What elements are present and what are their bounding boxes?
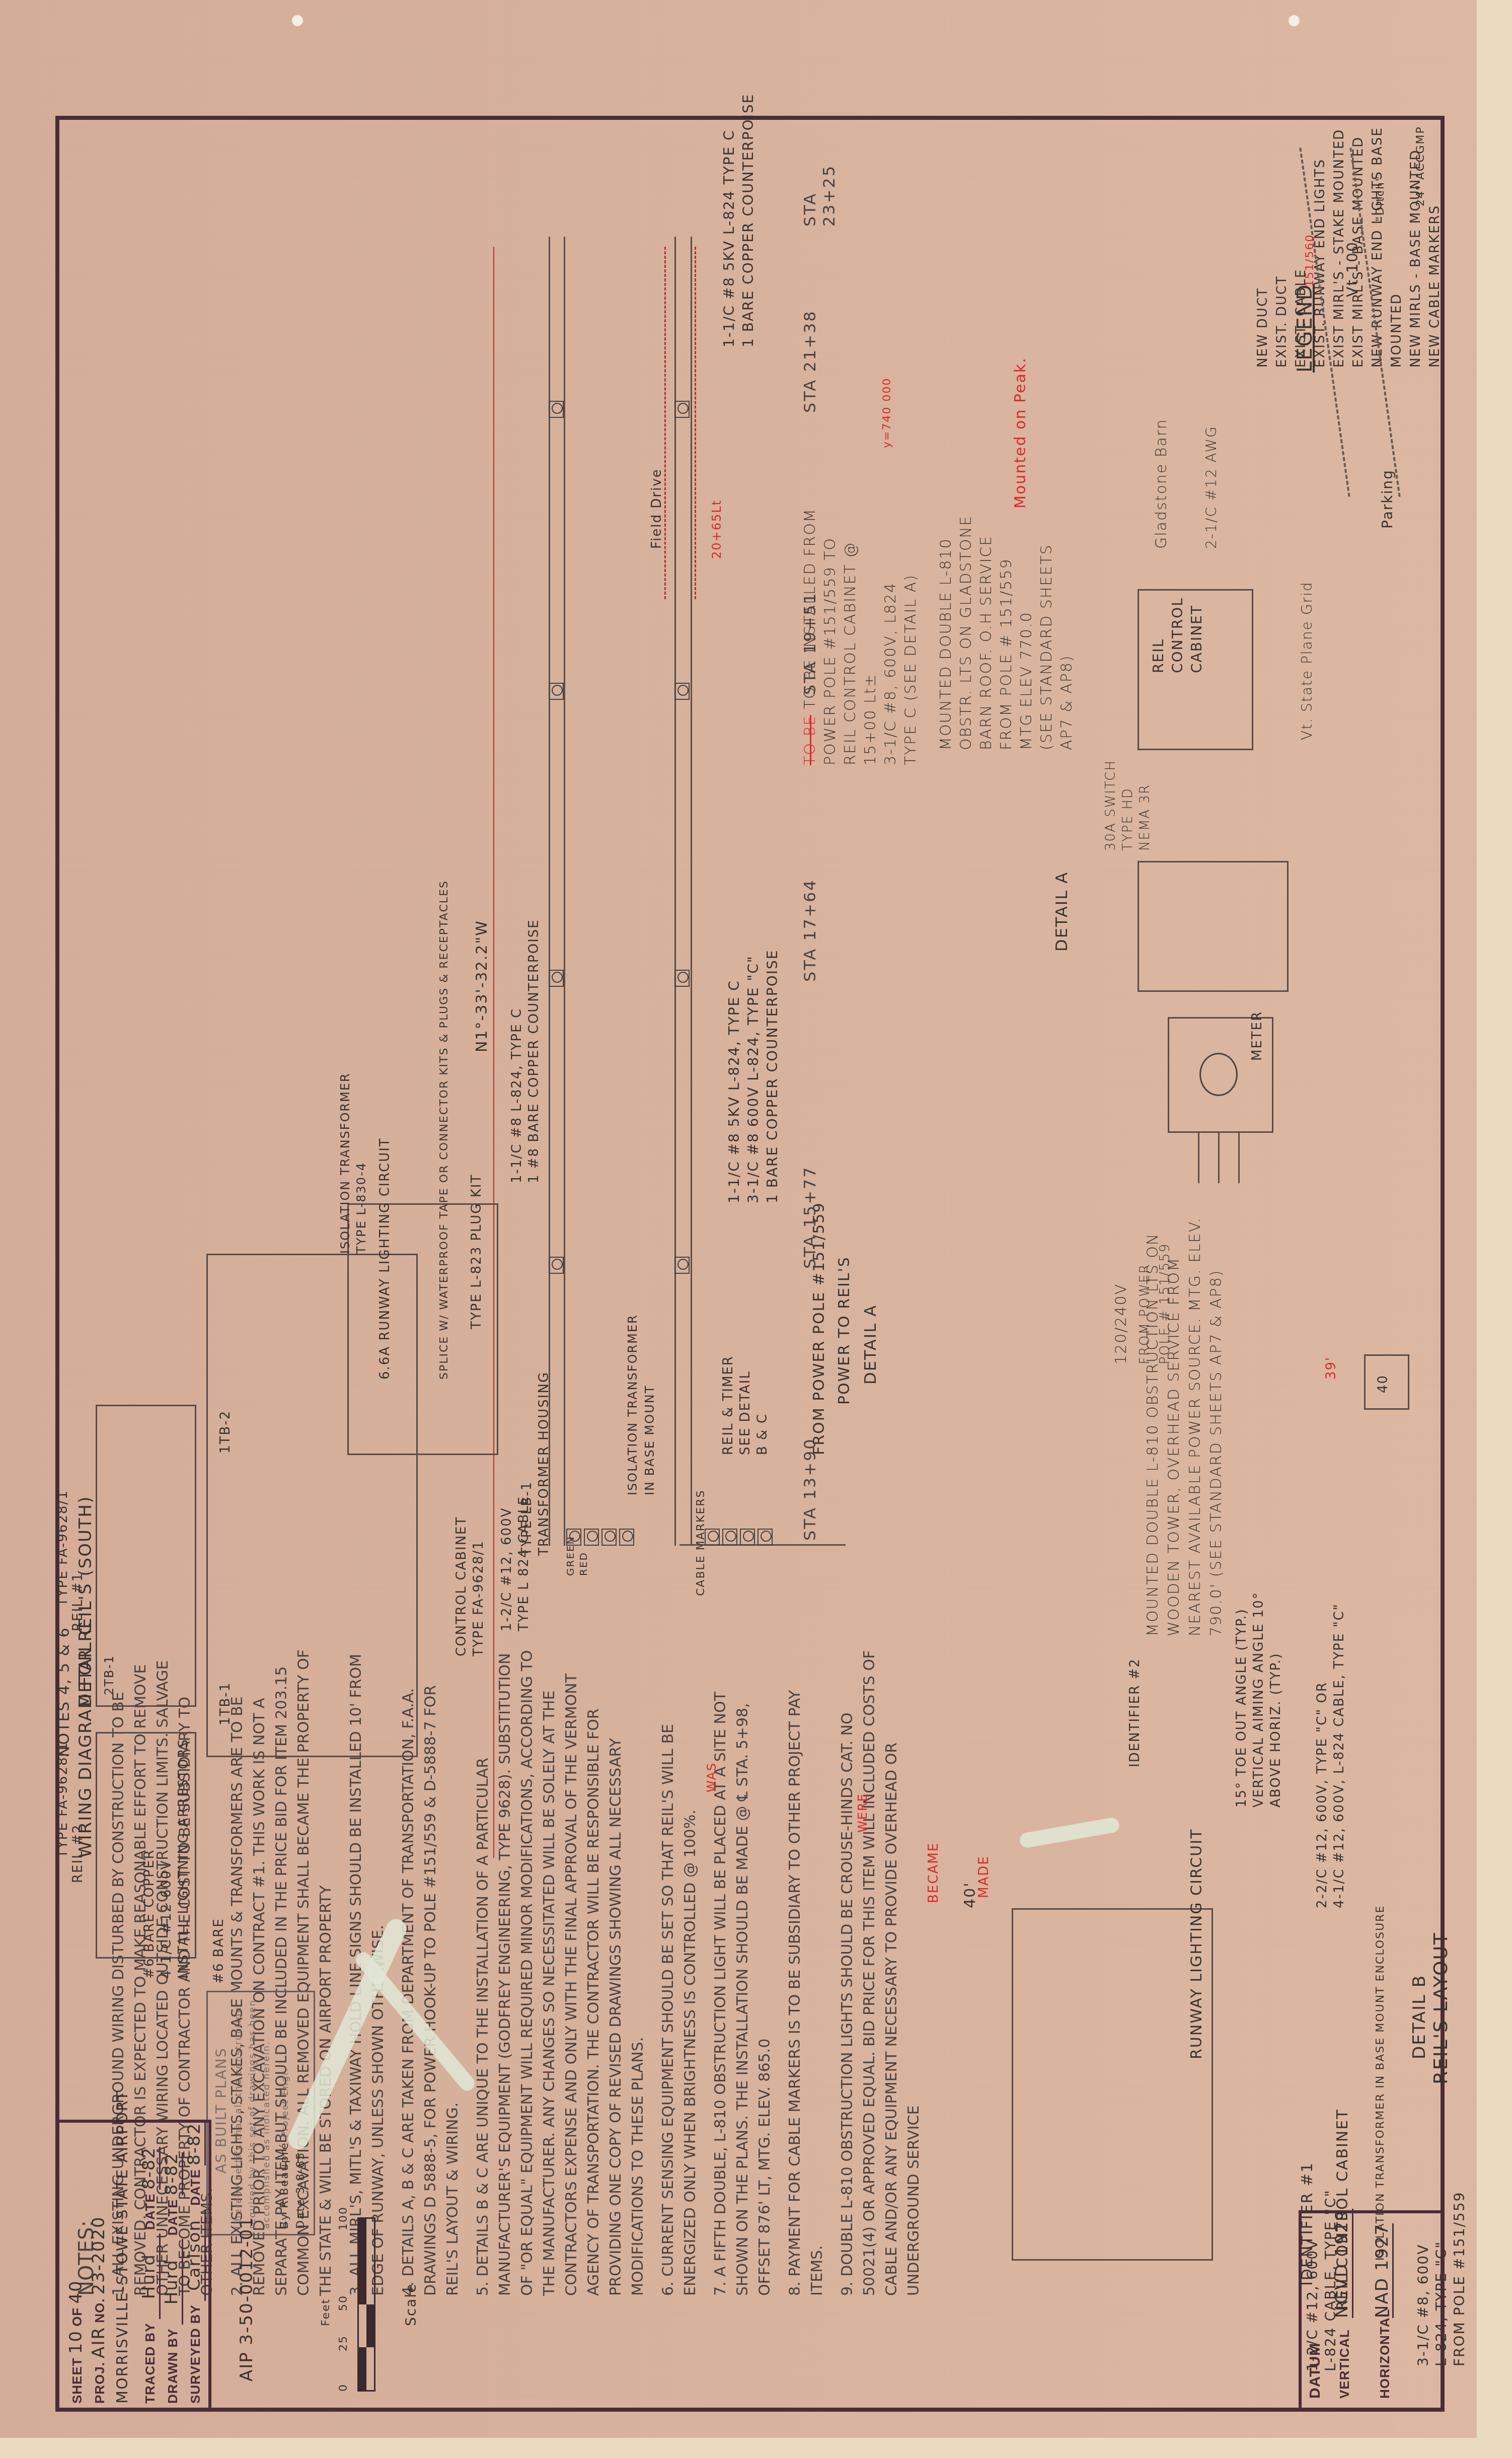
detail-b-title: DETAIL B (1409, 1975, 1429, 2059)
switch-label: 30A SWITCHTYPE HDNEMA 3R (1102, 760, 1154, 851)
detail-c-subtitle: WIRING DIAGRAM FOR REIL'S (SOUTH) (75, 1496, 96, 1858)
scale-bar (357, 2217, 375, 2392)
paper-edge-right (1477, 0, 1512, 2458)
tower-offset-dim: 39' (1324, 1356, 1339, 1380)
cable-run-east: 1-1/C #8 5KV L-824 TYPE C1 BARE COPPER C… (720, 94, 758, 347)
cable-run-south: 1-1/C #8 L-824, TYPE C1 #8 BARE COPPER C… (508, 919, 543, 1183)
scale-unit: Feet (320, 2298, 332, 2326)
station-label: STA 21+38 (800, 310, 819, 413)
runway-bearing: N1°-33'-32.2"W (473, 920, 491, 1052)
runway-edge-line-south (564, 237, 565, 1546)
cable-run-north: 1-1/C #8 5KV L-824, TYPE C3-1/C #8 600V … (725, 950, 782, 1203)
station-label: STA 17+64 (800, 879, 819, 982)
reil-1-box: 2TB-1 (96, 1405, 196, 1707)
note-9: 9. DOUBLE L-810 OBSTRUCTION LIGHTS SHOUL… (837, 1641, 925, 2296)
note-5: 5. DETAILS B & C ARE UNIQUE TO THE INSTA… (472, 1641, 649, 2296)
culvert-label: 24" ACCGMP (1414, 126, 1427, 206)
detail-c-cable: 1-2/C #12, 600VTYPE L 824 CABLE (498, 1496, 533, 1631)
drawing-sheet: DATUM VERTICAL NGVD 1929 HORIZONTAL NAD … (0, 0, 1512, 2458)
legend-item: EXIST. DUCT (1272, 116, 1292, 368)
pole-label: 151/560 (1304, 234, 1316, 287)
detail-b-cable-a: 1-2/C #12, 600VL-824 CABLE, TYPE "C" (1304, 2189, 1340, 2371)
green-red-label: GREENRED (564, 1536, 590, 1576)
scale-tick: 100 (337, 2206, 350, 2230)
mirl-light-icon (549, 1257, 564, 1274)
runway-edge-line-north (674, 237, 676, 1546)
field-drive-station: 20+65Lt (710, 499, 724, 559)
gladstone-barn: Gladstone Barn (1153, 418, 1170, 549)
service-wire (1238, 1133, 1240, 1183)
surveyed-row: SURVEYED BY Carlson DATE 8-82 (184, 2123, 204, 2404)
detail-a-subtitle-1: POWER TO REIL'S (836, 1256, 853, 1405)
detail-c-control: CONTROL CABINETTYPE FA-9628/1 (453, 1516, 487, 1656)
detail-c-arrestor: #6 BARE COPPER4-1/C #12 600VINSTALL LIGH… (141, 1739, 192, 1979)
station-label: STA 19+51 (800, 592, 819, 695)
correction-became: BECAME (926, 1842, 941, 1903)
proj-row: PROJ. AIR NO. 23-2020 (89, 2216, 109, 2404)
datum-horizontal-label: HORIZONTAL (1377, 2309, 1393, 2399)
detail-a-power: 120/240V (1112, 1283, 1130, 1364)
threshold-light-icon (619, 1529, 634, 1546)
state-plane-grid: Vt. State Plane Grid (1299, 582, 1315, 740)
obstruction-tower-note: MOUNTED DOUBLE L-810 OBSTRUCTION LTS ON … (1143, 1183, 1227, 1636)
barn-cable: 2-1/C #12 AWG (1203, 425, 1220, 549)
threshold-light-icon (601, 1529, 617, 1546)
field-drive-line (664, 247, 666, 599)
detail-b-isolation: ISOLATION TRANSFORMER IN BASE MOUNT ENCL… (1374, 1905, 1387, 2261)
mounted-on-peak: Mounted on Peak. (1012, 357, 1029, 509)
parking-label: Parking (1379, 469, 1396, 529)
mirl-light-icon (674, 1257, 690, 1274)
tower-symbol: 40 (1364, 1354, 1409, 1410)
detail-b-toe-note: 15° TOE OUT ANGLE (TYP.)VERTICAL AIMING … (1233, 1592, 1284, 1808)
paper-edge-bottom (0, 2438, 1512, 2458)
project-number: AIP 3-50-0012-01 (237, 2216, 257, 2381)
scale-title: Scale (403, 2283, 419, 2326)
detail-c-reil-1-type: TYPE FA-9628/1 (55, 1490, 70, 1606)
detail-b-cable-b: 3-1/C #8, 600VL-824, TYPE "C"FROM POLE #… (1414, 2191, 1469, 2366)
scale-tick: 0 (337, 2383, 350, 2392)
note-8: 8. PAYMENT FOR CABLE MARKERS IS TO BE SU… (784, 1641, 828, 2296)
ditch-label: "Ditch" (1374, 175, 1387, 222)
punch-hole (1289, 15, 1300, 26)
scale-tick: 25 (337, 2335, 350, 2351)
legend-item: NEW RUNWAY END LIGHTS BASE MOUNTED (1368, 116, 1406, 368)
field-drive-line (695, 247, 696, 599)
traced-row: TRACED BY Hurd DATE 8-82 (139, 2147, 159, 2404)
mirl-light-icon (674, 970, 690, 987)
detail-b-cable-c: 2-2/C #12, 600V, TYPE "C" OR4-1/C #12, 6… (1314, 1603, 1348, 1908)
detail-a-pole: POLE # 151/559 (1158, 1243, 1173, 1364)
service-wire (1198, 1133, 1199, 1183)
title-block: SURVEYED BY Carlson DATE 8-82 DRAWN BY H… (55, 2120, 211, 2412)
grid-line (493, 247, 494, 1858)
detail-c-reil-2-type: TYPE FA-9628/1 (55, 1742, 70, 1858)
threshold-light-icon (740, 1529, 755, 1546)
detail-c-bare: #6 BARE (211, 1918, 226, 1984)
punch-hole (292, 15, 303, 26)
service-wire (1218, 1133, 1220, 1183)
y-coordinate: y=740 000 (881, 378, 893, 448)
detail-b-circuit: RUNWAY LIGHTING CIRCUIT (1188, 1829, 1205, 2059)
mirl-light-icon (549, 970, 564, 987)
mirl-light-icon (549, 683, 564, 700)
mirl-light-icon (549, 401, 564, 418)
detail-c-splice: SPLICE W/ WATERPROOF TAPE OR CONNECTOR K… (438, 880, 450, 1380)
threshold-light-icon (758, 1529, 773, 1546)
detail-c-isolation: ISOLATION TRANSFORMERTYPE L-830-4 (337, 1072, 369, 1254)
runway-edge-line-north (691, 237, 692, 1546)
correction-were: WERE (856, 1793, 870, 1833)
sheet-row: SHEET 10 OF 40 (66, 2280, 86, 2404)
station-label: STA 15+77 (800, 1166, 819, 1269)
reil-timer-note: REIL & TIMERSEE DETAILB & C (720, 1355, 771, 1455)
threshold-light-icon (722, 1529, 737, 1546)
meter-label: METER (1250, 1011, 1265, 1061)
legend-item: NEW CABLE MARKERS (1425, 116, 1445, 368)
disconnect-switch-box (1138, 861, 1289, 992)
station-label: STA 13+90 (800, 1437, 819, 1541)
rotated-drawing: DATUM VERTICAL NGVD 1929 HORIZONTAL NAD … (55, 116, 1445, 2412)
detail-a-title: DETAIL A (861, 1305, 880, 1385)
correction-was: WAS (705, 1762, 719, 1792)
detail-c-circuit: 6.6A RUNWAY LIGHTING CIRCUIT (377, 1137, 393, 1380)
road-label: Vt 100 (1344, 241, 1362, 297)
detail-b-dim: 40' (961, 1882, 979, 1908)
detail-b-identifier-2: IDENTIFIER #2 (1127, 1658, 1143, 1767)
runway-end-block (1012, 1908, 1213, 2261)
detail-a-from: FROM POWER (1138, 1263, 1153, 1364)
mirl-light-icon (674, 401, 690, 418)
detail-b-subtitle: REIL'S LAYOUT (1429, 1932, 1452, 2084)
field-drive-label: Field Drive (649, 468, 664, 549)
note-7: 7. A FIFTH DOUBLE, L-810 OBSTRUCTION LIG… (710, 1641, 776, 2296)
meter-box: METER (1168, 1017, 1273, 1133)
cable-markers-label: CABLE MARKERS (695, 1489, 707, 1596)
runway-edge-line-south (549, 237, 550, 1546)
drawn-row: DRAWN BY Hurd DATE 8-82 (162, 2152, 182, 2404)
meter-dial-icon (1199, 1053, 1238, 1096)
airport-name: MORRISVILLE-STOWE STATE AIRPORT (114, 2090, 131, 2404)
detail-a-title-small: DETAIL A (1052, 872, 1071, 952)
scale-tick: 50 (337, 2295, 350, 2311)
note-6: 6. CURRENT SENSING EQUIPMENT SHOULD BE S… (657, 1641, 702, 2296)
station-label: STA 23+25 (800, 165, 839, 227)
reil-control-cabinet: REILCONTROLCABINET (1138, 589, 1253, 750)
detail-c-plug: TYPE L-823 PLUG KIT (468, 1174, 485, 1329)
mirl-light-icon (674, 683, 690, 700)
isolation-transformer-note: ISOLATION TRANSFORMERIN BASE MOUNT (624, 1314, 658, 1495)
legend-item: NEW DUCT (1253, 116, 1272, 368)
detail-c-notes-ref: NOTES 4, 5 & 6 (55, 1627, 73, 1757)
barn-obstruction-note: MOUNTED DOUBLE L-810OBSTR. LTS ON GLADST… (936, 515, 1077, 750)
